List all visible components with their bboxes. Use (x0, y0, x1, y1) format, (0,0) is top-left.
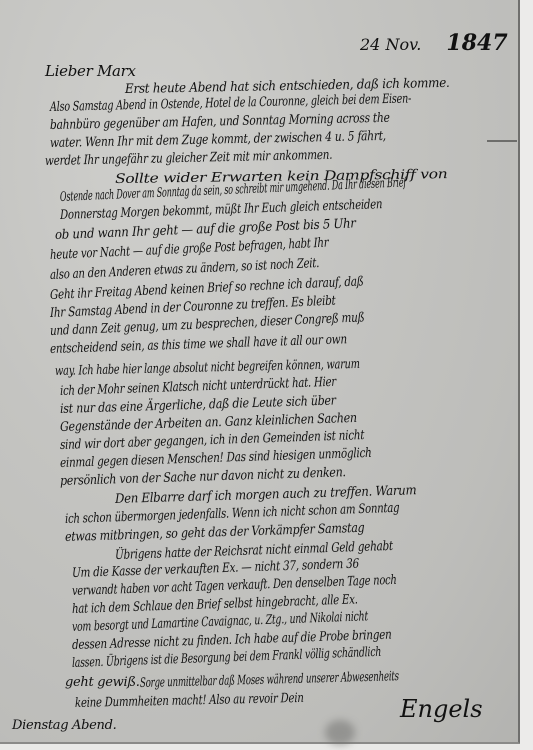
letter-line: werdet Ihr ungefähr zu gleicher Zeit mit… (45, 148, 332, 169)
letter-page: 24 Nov. 1847 Lieber Marx Erst heute Aben… (0, 0, 521, 744)
paper-edge (520, 0, 533, 750)
letter-line: keine Dummheiten macht! Also au revoir D… (75, 691, 304, 711)
paper-fold-mark (487, 140, 517, 142)
date-year: 1847 (446, 30, 507, 56)
closing-day: Dienstag Abend. (12, 718, 116, 733)
letter-date: 24 Nov. 1847 (360, 30, 508, 56)
date-day-month: 24 Nov. (360, 35, 421, 54)
ink-smudge (325, 720, 355, 745)
letter-line: water. Wenn Ihr mit dem Zuge kommt, der … (50, 129, 386, 151)
salutation: Lieber Marx (45, 62, 136, 80)
letter-line: Sorge unmittelbar daß Moses während unse… (140, 669, 399, 691)
signature: Engels (400, 695, 483, 723)
letter-line: geht gewiß. (65, 675, 140, 690)
